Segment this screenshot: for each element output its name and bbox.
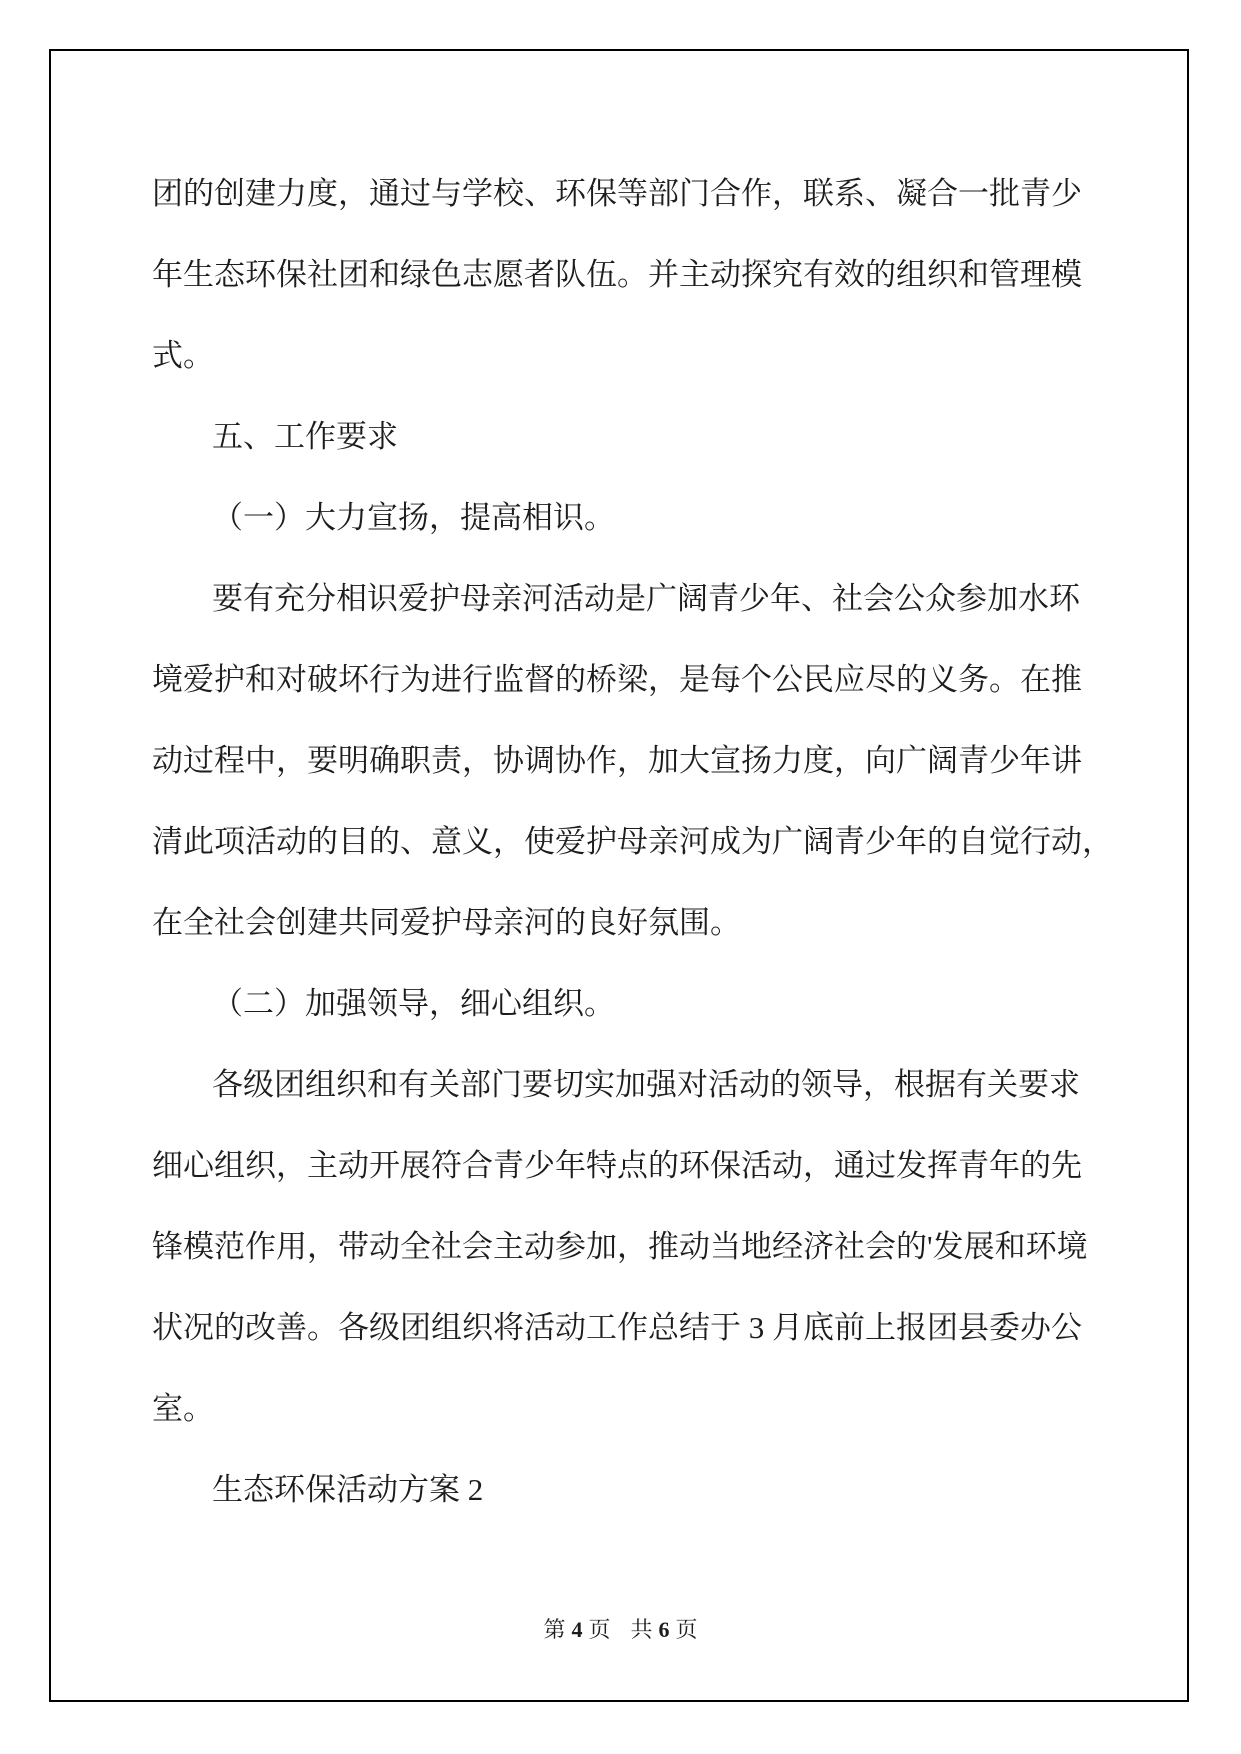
document-page: 团的创建力度，通过与学校、环保等部门合作，联系、凝合一批青少年生态环保社团和绿色…	[0, 0, 1241, 1754]
text-line: 式。	[152, 315, 1100, 396]
text-line: 境爱护和对破坏行为进行监督的桥梁，是每个公民应尽的义务。在推	[152, 639, 1100, 720]
text-line: 室。	[152, 1368, 1100, 1449]
footer-label-page-unit-2: 页	[676, 1617, 698, 1642]
total-page-number: 6	[659, 1617, 670, 1642]
text-line: 各级团组织和有关部门要切实加强对活动的领导，根据有关要求	[152, 1044, 1100, 1125]
text-line: 清此项活动的目的、意义，使爱护母亲河成为广阔青少年的自觉行动，	[152, 801, 1100, 882]
current-page-number: 4	[571, 1617, 582, 1642]
text-line: 在全社会创建共同爱护母亲河的良好氛围。	[152, 882, 1100, 963]
text-line: 状况的改善。各级团组织将活动工作总结于 3 月底前上报团县委办公	[152, 1287, 1100, 1368]
text-line: 动过程中，要明确职责，协调协作，加大宣扬力度，向广阔青少年讲	[152, 720, 1100, 801]
document-body: 团的创建力度，通过与学校、环保等部门合作，联系、凝合一批青少年生态环保社团和绿色…	[152, 153, 1100, 1530]
page-footer: 第4页共6页	[0, 1614, 1241, 1646]
text-line: 生态环保活动方案 2	[152, 1449, 1100, 1530]
text-line: 团的创建力度，通过与学校、环保等部门合作，联系、凝合一批青少	[152, 153, 1100, 234]
footer-label-total: 共	[631, 1617, 653, 1642]
text-line: 年生态环保社团和绿色志愿者队伍。并主动探究有效的组织和管理模	[152, 234, 1100, 315]
text-line: （一）大力宣扬，提高相识。	[152, 477, 1100, 558]
footer-label-page-prefix: 第	[543, 1617, 565, 1642]
footer-label-page-unit: 页	[588, 1617, 610, 1642]
text-line: 五、工作要求	[152, 396, 1100, 477]
text-line: 要有充分相识爱护母亲河活动是广阔青少年、社会公众参加水环	[152, 558, 1100, 639]
text-line: （二）加强领导，细心组织。	[152, 963, 1100, 1044]
text-line: 细心组织，主动开展符合青少年特点的环保活动，通过发挥青年的先	[152, 1125, 1100, 1206]
text-line: 锋模范作用，带动全社会主动参加，推动当地经济社会的'发展和环境	[152, 1206, 1100, 1287]
